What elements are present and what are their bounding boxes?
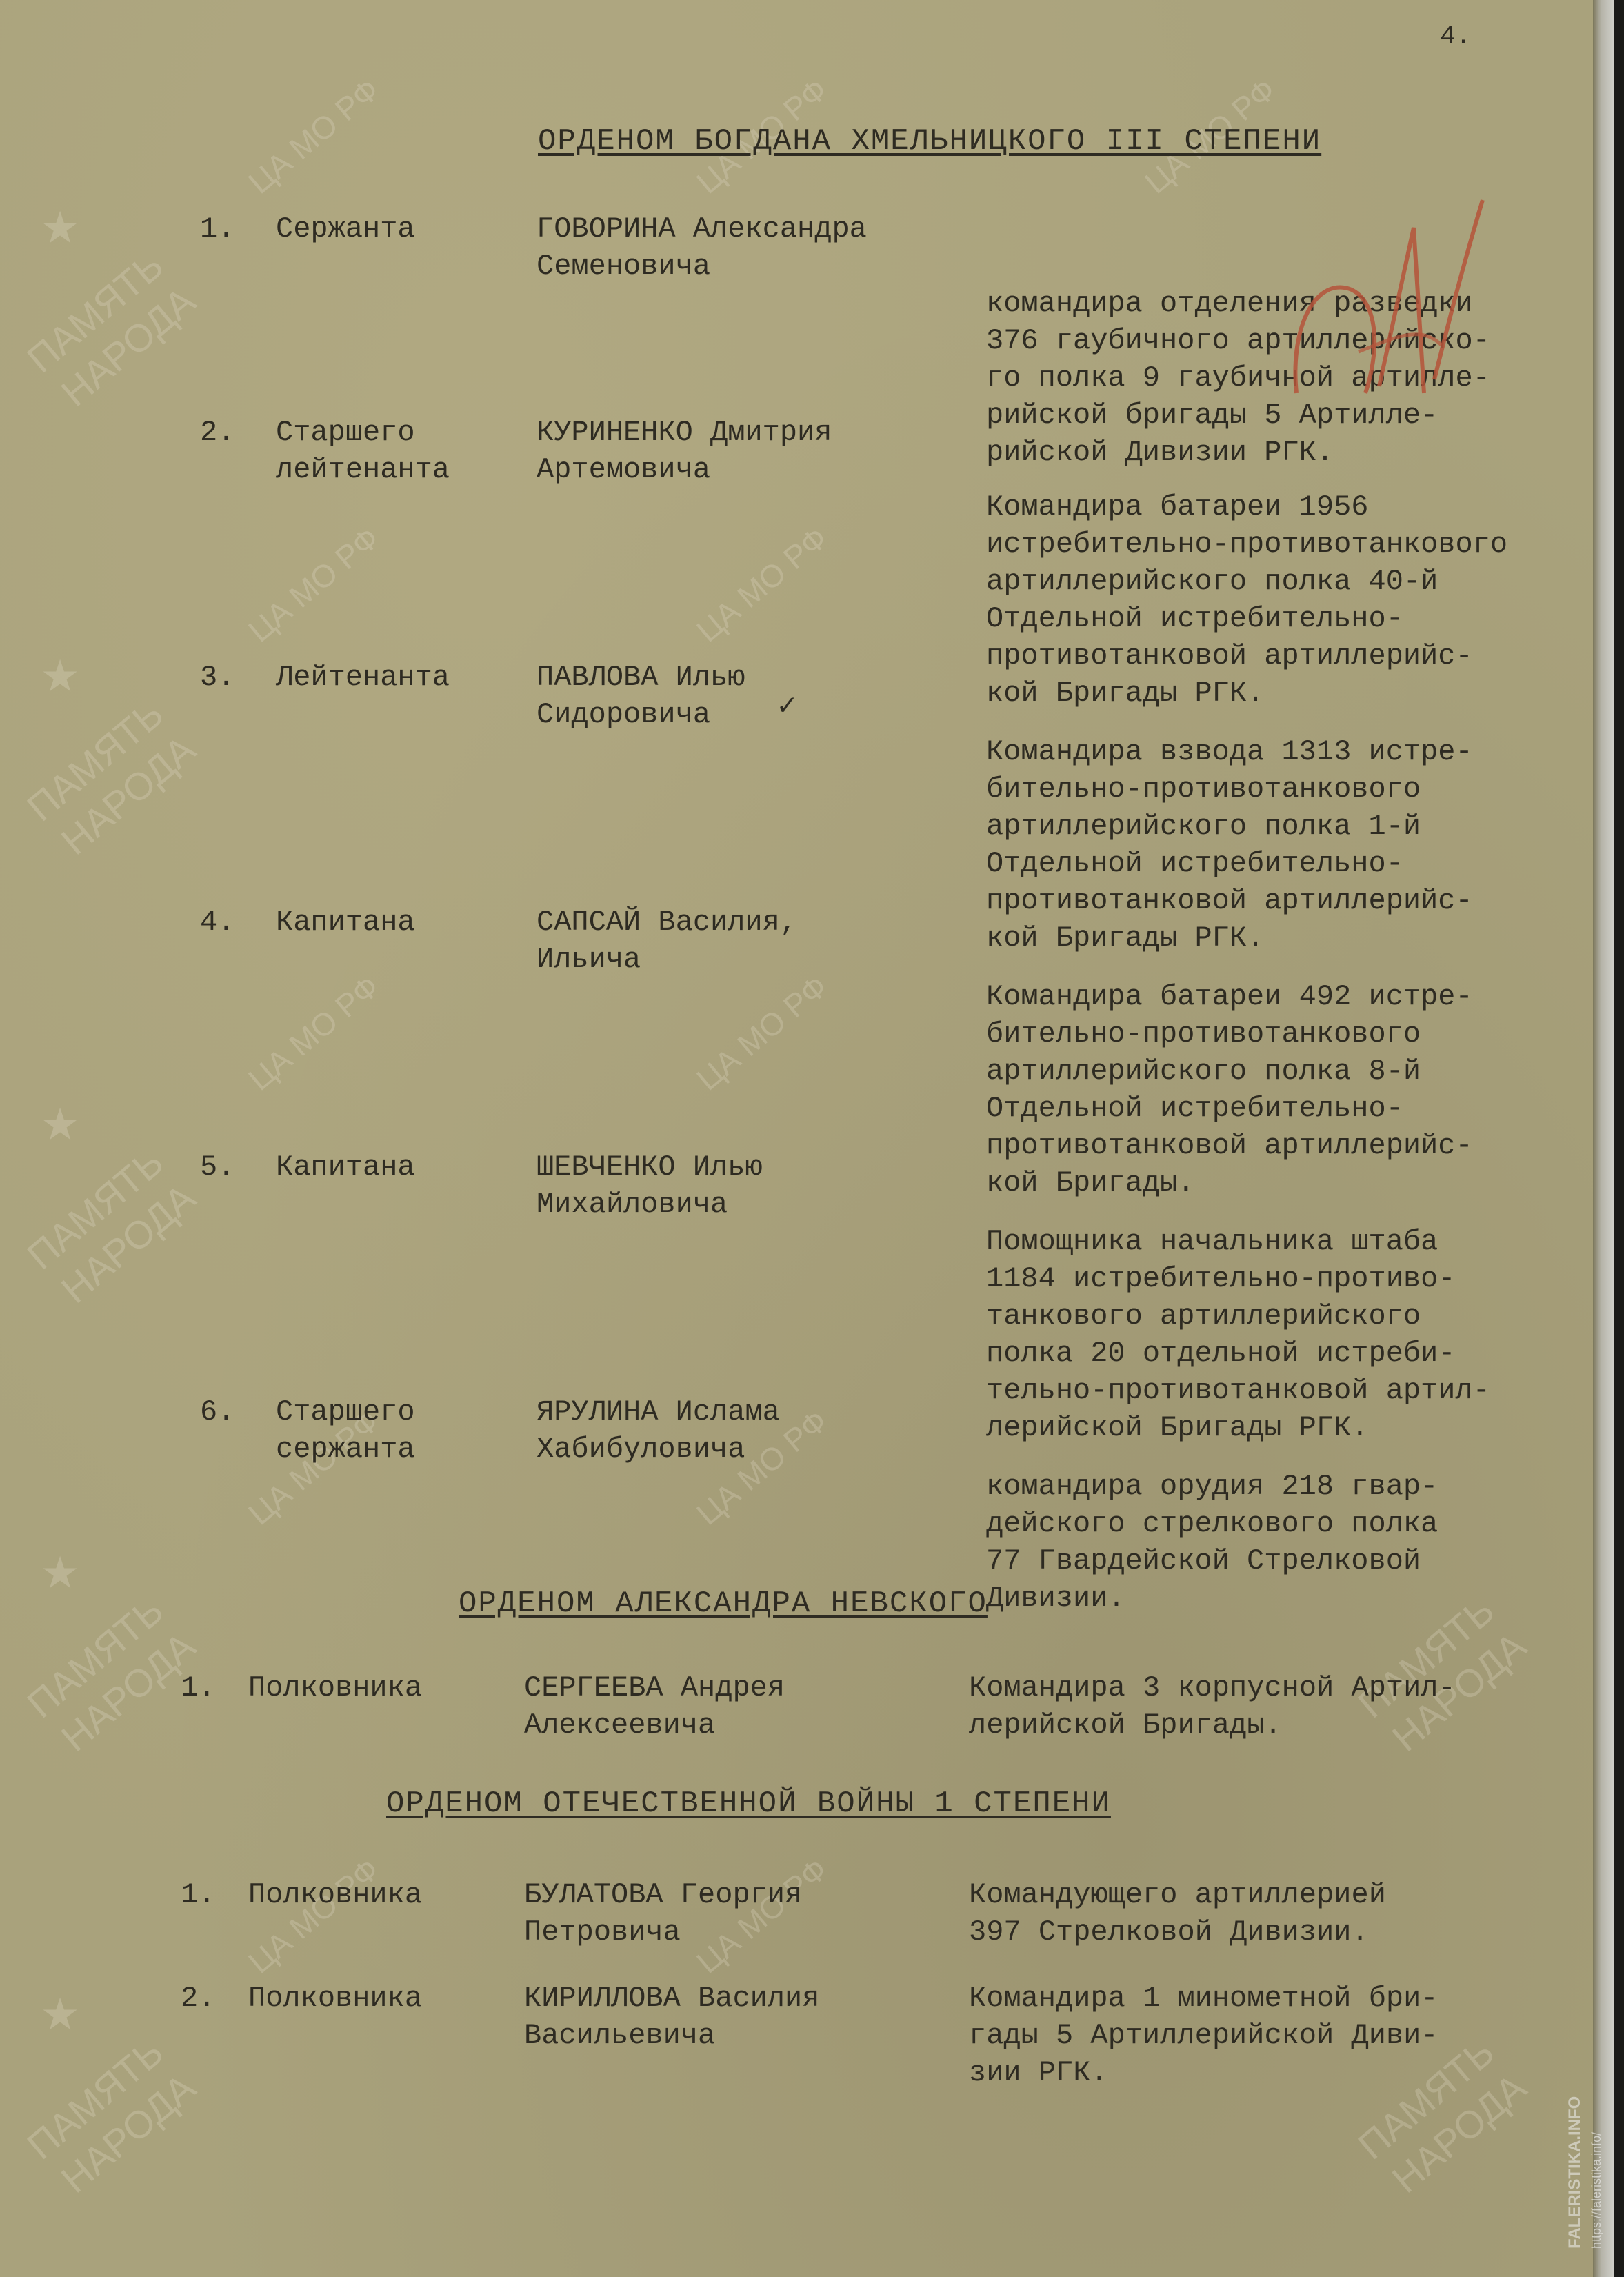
watermark-project: ПАМЯТЬ (19, 1140, 172, 1278)
watermark-archive: ЦА МО РФ (241, 1851, 386, 1981)
scan-edge (1593, 0, 1614, 2277)
entry-description: Командира 1 минометной бри-гады 5 Артилл… (969, 1980, 1438, 2091)
star-watermark-icon: ★ (41, 1531, 79, 1608)
document-page: ★ ПАМЯТЬ НАРОДА ЦА МО РФ ЦА МО РФ ЦА МО … (0, 0, 1603, 2277)
entry-name: ГОВОРИНА АлександраСеменовича (537, 210, 867, 285)
entry-rank: Старшегосержанта (276, 1393, 415, 1468)
watermark-project: ПАМЯТЬ (19, 1588, 172, 1727)
entry-number: 1. (181, 1876, 215, 1913)
watermark-project: НАРОДА (52, 278, 203, 415)
section-heading-patriotic-war: ОРДЕНОМ ОТЕЧЕСТВЕННОЙ ВОЙНЫ 1 СТЕПЕНИ (386, 1787, 1111, 1821)
entry-name: КИРИЛЛОВА ВасилияВасильевича (524, 1980, 819, 2054)
entry-name: БУЛАТОВА ГеоргияПетровича (524, 1876, 802, 1951)
entry-description: Командира 3 корпусной Артил-лерийской Бр… (969, 1669, 1456, 1744)
entry-description: Командующего артиллерией397 Стрелковой Д… (969, 1876, 1386, 1951)
entry-number: 2. (181, 1980, 215, 2017)
section-heading-nevsky: ОРДЕНОМ АЛЕКСАНДРА НЕВСКОГО (459, 1587, 988, 1621)
entry-number: 5. (200, 1149, 234, 1186)
watermark-archive: ЦА МО РФ (689, 519, 834, 650)
entry-number: 4. (200, 904, 234, 941)
entry-number: 3. (200, 659, 234, 696)
watermark-project: НАРОДА (52, 726, 203, 864)
star-watermark-icon: ★ (41, 1973, 79, 2049)
entry-rank: Капитана (276, 904, 415, 941)
entry-rank: Лейтенанта (276, 659, 450, 696)
entry-rank: Полковника (248, 1980, 422, 2017)
entry-rank: Полковника (248, 1669, 422, 1707)
watermark-project: ПАМЯТЬ (19, 2029, 172, 2168)
entry-name: СЕРГЕЕВА АндреяАлексеевича (524, 1669, 785, 1744)
entry-rank: Старшеголейтенанта (276, 414, 450, 488)
entry-name: ШЕВЧЕНКО ИльюМихайловича (537, 1149, 763, 1223)
entry-description: командира орудия 218 гвар-дейского стрел… (986, 1393, 1438, 1691)
entry-rank: Полковника (248, 1876, 422, 1913)
check-mark-icon: ✓ (778, 687, 796, 724)
entry-name: ПАВЛОВА ИльюСидоровича (537, 659, 745, 733)
entry-rank: Капитана (276, 1149, 415, 1186)
entry-number: 6. (200, 1393, 234, 1431)
watermark-archive: ЦА МО РФ (241, 519, 386, 650)
page-number: 4. (1440, 22, 1472, 52)
entry-rank: Сержанта (276, 210, 415, 248)
watermark-project: ПАМЯТЬ (19, 243, 172, 381)
watermark-archive: ЦА МО РФ (241, 968, 386, 1098)
watermark-project: ПАМЯТЬ (19, 691, 172, 830)
star-watermark-icon: ★ (41, 186, 79, 263)
entry-number: 1. (181, 1669, 215, 1707)
entry-number: 2. (200, 414, 234, 451)
watermark-archive: ЦА МО РФ (689, 968, 834, 1098)
watermark-project: НАРОДА (52, 1175, 203, 1312)
site-watermark-url: https://faleristika.info/ (1590, 2132, 1604, 2249)
section-heading-khmelnitsky: ОРДЕНОМ БОГДАНА ХМЕЛЬНИЦКОГО III СТЕПЕНИ (538, 124, 1321, 159)
star-watermark-icon: ★ (41, 635, 79, 711)
entry-name: КУРИНЕНКО ДмитрияАртемовича (537, 414, 832, 488)
watermark-project: НАРОДА (52, 2065, 203, 2202)
scan-border (1614, 0, 1624, 2277)
star-watermark-icon: ★ (41, 1083, 79, 1160)
entry-name: САПСАЙ Василия,Ильича (537, 904, 797, 978)
entry-number: 1. (200, 210, 234, 248)
entry-name: ЯРУЛИНА ИсламаХабибуловича (537, 1393, 780, 1468)
watermark-archive: ЦА МО РФ (241, 71, 386, 201)
site-watermark-name: FALERISTIKA.INFO (1565, 2096, 1585, 2249)
